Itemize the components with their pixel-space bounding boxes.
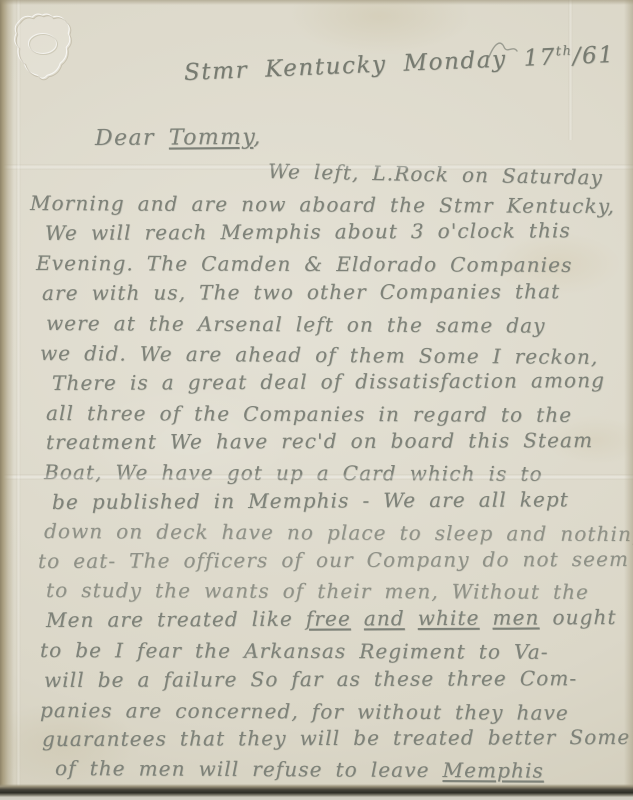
- letter-line: Men are treated like free and white men …: [46, 605, 617, 632]
- letter-line: We will reach Memphis about 3 o'clock th…: [45, 218, 571, 245]
- letter-line: Morning and are now aboard the Stmr Kent…: [30, 191, 615, 218]
- fold-crease-vertical-top-right: [568, 0, 573, 140]
- dateline: Stmr Kentucky Monday 17th/61: [183, 42, 615, 86]
- letter-line: guarantees that they will be treated bet…: [42, 725, 630, 751]
- paper-edge-top: [0, 0, 633, 5]
- letter-line: panies are concerned, for without they h…: [40, 698, 569, 725]
- fold-crease-vertical-left: [16, 0, 21, 800]
- letter-line: treatment We have rec'd on board this St…: [46, 428, 593, 454]
- paper-edge-left: [0, 0, 14, 800]
- letter-line: to eat- The officers of our Company do n…: [38, 547, 629, 573]
- fold-crease-horizontal-upper: [0, 164, 633, 170]
- letter-line: to study the wants of their men, Without…: [46, 578, 589, 604]
- letter-line: be published in Memphis - We are all kep…: [52, 487, 569, 514]
- letter-line: of the men will refuse to leave Memphis: [55, 756, 544, 783]
- paper-edge-right: [624, 0, 633, 800]
- paper-edge-bottom-shadow: [0, 784, 633, 800]
- letter-line: are with us, The two other Companies tha…: [42, 279, 560, 305]
- letter-line: to be I fear the Arkansas Regiment to Va…: [40, 638, 549, 664]
- letter-line: we did. We are ahead of them Some I reck…: [40, 341, 599, 369]
- letter-line-salutation: Dear Tommy,: [95, 125, 262, 151]
- letter-line: Evening. The Camden & Eldorado Companies: [36, 251, 573, 277]
- date-flourish-icon: [486, 38, 520, 64]
- letter-scan-page: Stmr Kentucky Monday 17th/61 Dear Tommy,…: [0, 0, 633, 800]
- dateline-year: /61: [572, 42, 615, 70]
- letter-line: down on deck have no place to sleep and …: [44, 519, 633, 546]
- letter-line: There is a great deal of dissatisfaction…: [52, 368, 605, 395]
- fold-crease-horizontal-middle: [0, 474, 633, 480]
- letter-line: Boat, We have got up a Card which is to: [44, 460, 543, 486]
- embossed-crest-seal-icon: [12, 12, 74, 90]
- letter-line: all three of the Companies in regard to …: [46, 401, 572, 427]
- letter-line: were at the Arsenal left on the same day: [46, 311, 546, 338]
- letter-line: will be a failure So far as these three …: [44, 666, 577, 692]
